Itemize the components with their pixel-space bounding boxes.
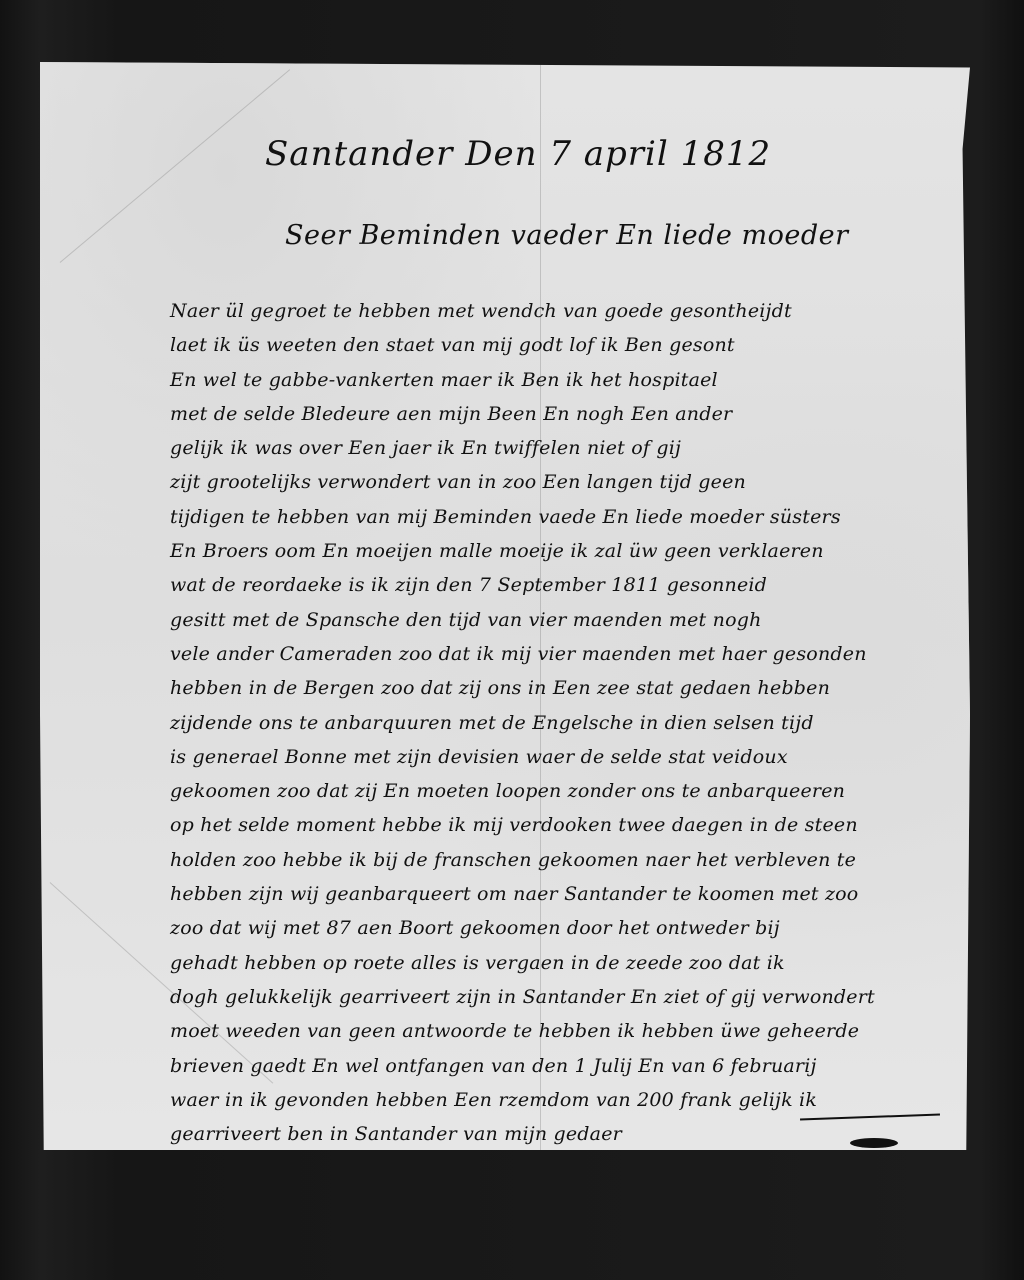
letter-line: brieven gaedt En wel ontfangen van den 1… bbox=[170, 1049, 960, 1083]
letter-line: gehadt hebben op roete alles is vergaen … bbox=[170, 946, 960, 980]
letter-page: Santander Den 7 april 1812 Seer Beminden… bbox=[40, 62, 970, 1150]
letter-line: gelijk ik was over Een jaer ik En twiffe… bbox=[170, 431, 960, 465]
paper-fold-diagonal bbox=[60, 69, 290, 263]
letter-line: Naer ül gegroet te hebben met wendch van… bbox=[170, 294, 960, 328]
letter-line: zijdende ons te anbarquuren met de Engel… bbox=[170, 706, 960, 740]
letter-line: hebben in de Bergen zoo dat zij ons in E… bbox=[170, 671, 960, 705]
letter-line: moet weeden van geen antwoorde te hebben… bbox=[170, 1014, 960, 1048]
letter-line: gekoomen zoo dat zij En moeten loopen zo… bbox=[170, 774, 960, 808]
letter-line: met de selde Bledeure aen mijn Been En n… bbox=[170, 397, 960, 431]
letter-line: En wel te gabbe-vankerten maer ik Ben ik… bbox=[170, 363, 960, 397]
letter-line: waer in ik gevonden hebben Een rzemdom v… bbox=[170, 1083, 960, 1117]
ink-blot bbox=[850, 1138, 898, 1148]
letter-line: zoo dat wij met 87 aen Boort gekoomen do… bbox=[170, 911, 960, 945]
letter-line: op het selde moment hebbe ik mij verdook… bbox=[170, 808, 960, 842]
letter-line: En Broers oom En moeijen malle moeije ik… bbox=[170, 534, 960, 568]
letter-line: zijt grootelijks verwondert van in zoo E… bbox=[170, 465, 960, 499]
letter-line: vele ander Cameraden zoo dat ik mij vier… bbox=[170, 637, 960, 671]
letter-heading: Santander Den 7 april 1812 bbox=[265, 134, 771, 174]
letter-line: laet ik üs weeten den staet van mij godt… bbox=[170, 328, 960, 362]
letter-line: gesitt met de Spansche den tijd van vier… bbox=[170, 603, 960, 637]
letter-line: holden zoo hebbe ik bij de franschen gek… bbox=[170, 843, 960, 877]
letter-line: gearriveert ben in Santander van mijn ge… bbox=[170, 1117, 960, 1151]
letter-line: is generael Bonne met zijn devisien waer… bbox=[170, 740, 960, 774]
letter-line: dogh gelukkelijk gearriveert zijn in San… bbox=[170, 980, 960, 1014]
letter-line: tijdigen te hebben van mij Beminden vaed… bbox=[170, 500, 960, 534]
letter-salutation: Seer Beminden vaeder En liede moeder bbox=[285, 220, 848, 251]
letter-line: wat de reordaeke is ik zijn den 7 Septem… bbox=[170, 568, 960, 602]
letter-body: Naer ül gegroet te hebben met wendch van… bbox=[170, 294, 960, 1151]
letter-line: hebben zijn wij geanbarqueert om naer Sa… bbox=[170, 877, 960, 911]
